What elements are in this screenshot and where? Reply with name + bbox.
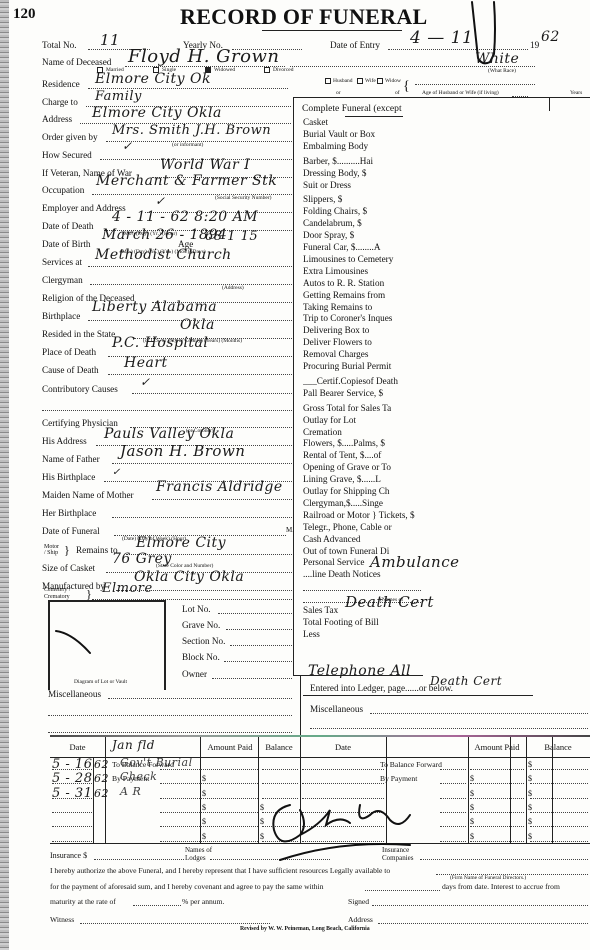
dollar-sign: $ <box>470 818 474 826</box>
ledger-column-divider <box>468 737 469 843</box>
charge-item: Autos to R. R. Station <box>303 279 421 288</box>
days-line <box>365 890 440 891</box>
miscellaneous-label: Miscellaneous <box>48 690 101 699</box>
cause-of-death-value: Heart <box>124 356 168 370</box>
charge-item: Taking Remains to <box>303 303 421 312</box>
ledger-header-note: Jan fld <box>112 739 155 751</box>
year-prefix: 19 <box>530 41 539 50</box>
charge-item: Limousines to Cemetery <box>303 255 421 264</box>
signed-line[interactable] <box>372 905 588 906</box>
dollar-sign: $ <box>202 804 206 812</box>
her-birthplace-label: Her Birthplace <box>42 509 96 518</box>
ledger-description-handwritten: A R <box>120 786 141 797</box>
how-secured-label: How Secured <box>42 151 92 160</box>
place-of-death-label: Place of Death <box>42 348 96 357</box>
funeral-record-page: 120 RECORD OF FUNERAL Total No. 11 Yearl… <box>0 0 590 950</box>
father-line <box>112 463 292 464</box>
ledger-date-value: 5 - 28 <box>52 772 92 785</box>
ledger-amount-line-right <box>470 783 524 784</box>
signed-label: Signed <box>348 898 369 906</box>
address-value: Elmore City Okla <box>92 106 222 120</box>
his-address-value: Pauls Valley Okla <box>104 427 234 441</box>
grave-no-label: Grave No. <box>182 621 220 630</box>
page-title: RECORD OF FUNERAL <box>180 4 428 30</box>
ledger-column-divider <box>258 737 259 843</box>
ledger-balance-header-right: Balance <box>526 737 590 757</box>
charge-item: Delivering Box to <box>303 326 421 335</box>
name-of-deceased-label: Name of Deceased <box>42 58 111 67</box>
wife-checkbox[interactable] <box>357 78 363 84</box>
ledger-entry-rule <box>303 695 533 696</box>
brace: } <box>86 588 92 600</box>
charge-item: Embalming Body <box>303 142 421 151</box>
informant-caption: (or informant) <box>172 143 203 149</box>
ledger-balance-header: Balance <box>258 737 300 757</box>
spouse-or: or <box>336 91 341 97</box>
authorization-text-2: for the payment of aforesaid sum, and I … <box>50 883 324 891</box>
race-value: White <box>475 52 519 66</box>
ledger-desc-line <box>160 812 200 813</box>
charge-item: Door Spray, $ <box>303 231 421 240</box>
charge-item: ___Certif.Copiesof Death <box>303 377 421 386</box>
charge-item: Candelabrum, $ <box>303 219 421 228</box>
dollar-sign: $ <box>202 775 206 783</box>
brace: } <box>64 544 70 556</box>
ledger-balance-line-right <box>530 783 588 784</box>
diagram-pen-stroke <box>52 625 102 665</box>
charge-item: ....line Death Notices <box>303 570 421 579</box>
birthplace-label: Birthplace <box>42 312 80 321</box>
block-no-line <box>224 661 292 662</box>
charge-to-value: Family <box>95 90 142 103</box>
charge-item: Barber, $..........Hai <box>303 157 421 166</box>
ledger-amount-header-right: Amount Paid <box>468 737 526 757</box>
charge-item: Burial Vault or Box <box>303 130 421 139</box>
ledger-amount-line <box>200 783 258 784</box>
ledger-desc-line-right <box>440 841 466 842</box>
charge-item: Rental of Tent, $....of <box>303 451 421 460</box>
date-of-entry-label: Date of Entry <box>330 41 380 50</box>
charge-item: Less <box>303 630 421 639</box>
ledger-amount-header: Amount Paid <box>200 737 260 757</box>
clergyman-label: Clergyman <box>42 276 83 285</box>
charges-heading: Complete Funeral (except <box>302 104 402 114</box>
veteran-war-value: World War I <box>160 158 250 172</box>
ledger-amount-line-right <box>470 826 524 827</box>
name-of-father-value: Jason H. Brown <box>120 444 245 459</box>
authorization-text-3: maturity at the rate of <box>50 898 116 906</box>
contributory-causes-value: ✓ <box>140 376 151 388</box>
charge-item: Cash Advanced <box>303 535 421 544</box>
charge-blank-line <box>303 590 421 591</box>
place-of-death-value: P.C. Hospital <box>112 336 208 350</box>
ledger-description-handwritten: Check <box>120 771 157 782</box>
services-at-label: Services at <box>42 258 82 267</box>
misc-right-line-1 <box>370 713 588 714</box>
his-birthplace-value: ✓ <box>112 468 121 478</box>
misc-line-2 <box>48 715 292 716</box>
revised-by-text: Revised by W. W. Peineman, Long Beach, C… <box>240 927 370 933</box>
ledger-amount-line-right <box>470 798 524 799</box>
ledger-balance-line <box>262 769 298 770</box>
ledger-description-handwritten: Gov't Burial <box>120 757 193 768</box>
resided-in-state-label: Resided in the State <box>42 330 115 339</box>
ledger-balance-line-right <box>530 826 588 827</box>
charge-item: Suit or Dress <box>303 181 421 190</box>
order-given-by-label: Order given by <box>42 133 98 142</box>
clergyman-address-caption: (Address) <box>222 286 244 292</box>
charge-item: Removal Charges <box>303 350 421 359</box>
employer-value: ✓ <box>155 195 166 207</box>
husband-checkbox[interactable] <box>325 78 331 84</box>
grave-no-line <box>226 629 292 630</box>
occupation-value: Merchant & Farmer Stk <box>96 174 277 188</box>
dollar-sign: $ <box>528 775 532 783</box>
less-value: Telephone All <box>308 664 411 678</box>
residence-value: Elmore City Ok <box>95 72 211 86</box>
age-value: 68 1 15 <box>205 230 258 243</box>
occupation-label: Occupation <box>42 186 84 195</box>
brace: { <box>403 80 410 94</box>
ledger-date-line <box>52 812 92 813</box>
cause-of-death-label: Cause of Death <box>42 366 99 375</box>
ledger-amount-line <box>200 769 258 770</box>
widow-checkbox[interactable] <box>377 78 383 84</box>
charges-top-rule <box>293 97 590 98</box>
ledger-amount-line-right <box>470 841 524 842</box>
ledger-column-divider <box>526 737 527 843</box>
ssn-caption: (Social Security Number) <box>215 196 272 202</box>
ledger-balance-line-right <box>530 812 588 813</box>
footer-address-label: Address <box>348 916 373 924</box>
ledger-desc-line <box>160 841 200 842</box>
ledger-amount-line <box>200 826 258 827</box>
section-no-label: Section No. <box>182 637 225 646</box>
charge-item: Deliver Flowers to <box>303 338 421 347</box>
charge-item: Outlay for Shipping Ch <box>303 487 421 496</box>
ledger-description-right: By Payment <box>380 775 417 783</box>
order-given-by-value: Mrs. Smith J.H. Brown <box>112 124 271 137</box>
ledger-desc-line-right <box>440 783 466 784</box>
insurance-label: Insurance $ <box>50 852 87 860</box>
charge-item: Slippers, $ <box>303 195 421 204</box>
birthplace-value: Liberty Alabama <box>92 300 217 314</box>
motor-ship-label: Motor / Ship <box>44 544 62 557</box>
charge-item: Folding Chairs, $ <box>303 207 421 216</box>
maiden-name-mother-label: Maiden Name of Mother <box>42 491 134 500</box>
charge-item: Total Footing of Bill <box>303 618 421 627</box>
witness-label: Witness <box>50 916 74 924</box>
ledger-desc-line <box>160 798 200 799</box>
charge-item: Opening of Grave or To <box>303 463 421 472</box>
witness-line[interactable] <box>80 923 270 924</box>
footer-address-line[interactable] <box>378 923 588 924</box>
dollar-sign: $ <box>470 775 474 783</box>
blank-line <box>42 410 292 411</box>
ledger-amount-line <box>200 798 258 799</box>
firm-name-caption: (Firm Name of Funeral Directors.) <box>450 876 526 882</box>
charge-item: Procuring Burial Permit <box>303 362 421 371</box>
husband-label: Husband <box>333 79 353 85</box>
maiden-name-mother-value: Francis Aldridge <box>156 480 283 494</box>
ledger-date-header: Date <box>50 737 105 757</box>
ledger-amount-line-right <box>470 769 524 770</box>
name-of-deceased-value: Floyd H. Grown <box>128 48 279 66</box>
dollar-sign: $ <box>528 790 532 798</box>
ledger-amount-line-right <box>470 812 524 813</box>
charge-item: Clergyman,$.....Singe <box>303 499 421 508</box>
ledger-amount-line <box>200 841 258 842</box>
address-label: Address <box>42 115 72 124</box>
ledger-date-line-right <box>302 769 384 770</box>
block-no-label: Block No. <box>182 653 220 662</box>
widowed-label: Widowed <box>214 68 235 74</box>
date-of-funeral-label: Date of Funeral <box>42 527 100 536</box>
page-number: 120 <box>13 6 36 23</box>
dollar-sign: $ <box>528 804 532 812</box>
ledger-description-right: To Balance Forward <box>380 761 442 769</box>
his-birthplace-label: His Birthplace <box>42 473 95 482</box>
charge-to-label: Charge to <box>42 98 78 107</box>
size-of-casket-label: Size of Casket <box>42 564 95 573</box>
charges-col-divider <box>549 97 550 111</box>
dollar-sign: $ <box>470 833 474 841</box>
ledger-desc-line <box>160 826 200 827</box>
spouse-age-unit: Years <box>570 91 582 97</box>
his-address-label: His Address <box>42 437 87 446</box>
charge-item: Gross Total for Sales Ta <box>303 404 421 413</box>
charge-item: Outlay for Lot <box>303 416 421 425</box>
owner-label: Owner <box>182 670 207 679</box>
charge-item: Casket <box>303 118 421 127</box>
ledger-balance-line-right <box>530 798 588 799</box>
date-of-death-label: Date of Death <box>42 222 94 231</box>
total-no-value: 11 <box>100 33 120 48</box>
ledger-entry-value: Death Cert <box>430 675 502 687</box>
wife-label: Wife <box>365 79 376 85</box>
clergyman-line <box>90 284 292 285</box>
lot-no-label: Lot No. <box>182 605 211 614</box>
heading-underline <box>345 116 403 117</box>
ledger-desc-line-right <box>440 812 466 813</box>
spouse-of: of <box>395 91 400 97</box>
date-of-death-value: 4 - 11 - 62 8:20 AM <box>112 210 258 224</box>
ledger-year-value: 62 <box>94 788 109 799</box>
companies-line <box>420 859 588 860</box>
her-birthplace-line <box>112 517 292 518</box>
cemetery-value: Elmore <box>102 582 153 595</box>
mother-line <box>152 499 292 500</box>
ledger-amount-line <box>200 812 258 813</box>
signature-scribble <box>260 785 440 865</box>
charge-item: Cremation <box>303 428 421 437</box>
charge-item: Funeral Car, $........A <box>303 243 421 252</box>
misc-right-label: Miscellaneous <box>310 705 363 714</box>
names-caption: (Names of <box>380 598 403 604</box>
total-no-label: Total No. <box>42 41 77 50</box>
owner-line <box>212 678 292 679</box>
charge-item: Pall Bearer Service, $ <box>303 389 421 398</box>
ledger-year-value: 62 <box>94 773 109 784</box>
authorization-text-2b: days from date. Interest to accrue from <box>442 883 560 891</box>
dollar-sign: $ <box>202 818 206 826</box>
charge-item: Trip to Coroner's Inques <box>303 314 421 323</box>
spouse-age-label: Age of Husband or Wife (if living) <box>422 91 499 97</box>
name-of-father-label: Name of Father <box>42 455 100 464</box>
dollar-sign: $ <box>202 790 206 798</box>
widow-label: Widow <box>385 79 401 85</box>
charge-item: Extra Limousines <box>303 267 421 276</box>
ledger-balance-line-right <box>530 769 588 770</box>
authorization-text-1: I hereby authorize the above Funeral, an… <box>50 867 390 875</box>
ledger-desc-line-right <box>440 826 466 827</box>
ledger-date-value: 5 - 16 <box>52 758 92 771</box>
misc-line-1 <box>108 698 292 699</box>
charge-item: Flowers, $.....Palms, $ <box>303 439 421 448</box>
misc-line-3 <box>48 732 292 733</box>
resided-in-state-value: Okla <box>180 318 215 332</box>
ambulance-value: Ambulance <box>370 555 460 570</box>
divorced-checkbox[interactable] <box>264 67 270 73</box>
ledger-date-value: 5 - 31 <box>52 787 92 800</box>
ledger-desc-line <box>160 769 200 770</box>
ledger-date-line <box>52 841 92 842</box>
section-no-line <box>230 645 292 646</box>
dollar-sign: $ <box>528 761 532 769</box>
misc-right-line-2 <box>310 728 588 729</box>
cemetery-crematory-label: Cemetery / Crematory <box>44 587 84 600</box>
how-secured-value: ✓ <box>122 140 133 152</box>
ledger-desc-line <box>160 783 200 784</box>
contributory-line <box>132 393 292 394</box>
year-value: 62 <box>541 30 560 44</box>
charge-item: Telegr., Phone, Cable or <box>303 523 421 532</box>
dollar-sign: $ <box>470 804 474 812</box>
ledger-desc-line-right <box>440 798 466 799</box>
cause-of-death-line <box>108 374 292 375</box>
scan-binding-edge <box>0 0 9 950</box>
misc-right-divider <box>300 675 301 735</box>
dollar-sign: $ <box>528 818 532 826</box>
insurance-line <box>94 859 184 860</box>
residence-label: Residence <box>42 80 80 89</box>
dollar-sign: $ <box>202 833 206 841</box>
per-annum-text: % per annum. <box>182 898 224 906</box>
ledger-year-value: 62 <box>94 759 109 770</box>
ledger-balance-line-right <box>530 841 588 842</box>
ledger-date-line <box>52 826 92 827</box>
charge-item: Railroad or Motor } Tickets, $ <box>303 511 421 520</box>
lot-no-line <box>218 613 292 614</box>
date-of-birth-label: Date of Birth <box>42 240 90 249</box>
diagram-caption: Diagram of Lot or Vault <box>74 680 127 686</box>
funeral-meridiem: M. <box>286 527 294 534</box>
dollar-sign: $ <box>470 790 474 798</box>
services-at-value: Methodist Church <box>95 248 232 262</box>
rate-line <box>133 905 181 906</box>
title-underline <box>262 30 402 31</box>
charge-item: Getting Remains from <box>303 291 421 300</box>
charge-item: Dressing Body, $ <box>303 169 421 178</box>
ledger-desc-line-right <box>440 769 466 770</box>
contributory-causes-label: Contributory Causes <box>42 385 118 394</box>
services-at-line <box>88 266 292 267</box>
ledger-date-header-right: Date <box>300 737 386 757</box>
lodges-label: Names of Lodges <box>185 847 221 862</box>
charge-item: Lining Grave, $......L <box>303 475 421 484</box>
dollar-sign: $ <box>528 833 532 841</box>
spouse-line <box>415 84 535 85</box>
race-caption: (What Race) <box>488 69 516 75</box>
divorced-label: Divorced <box>273 68 293 74</box>
remains-to-value: Elmore City <box>136 536 226 550</box>
